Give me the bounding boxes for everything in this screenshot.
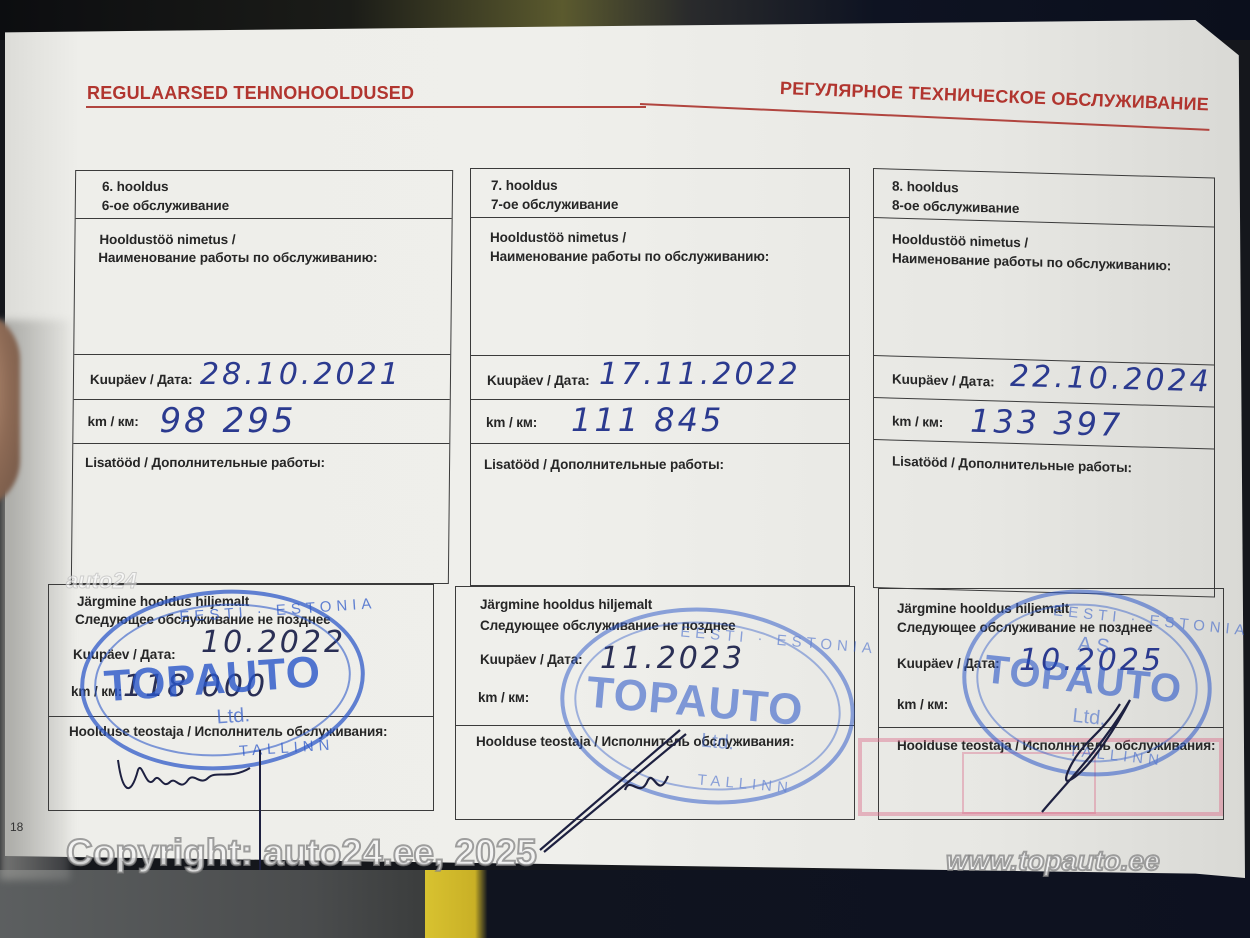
service-title-et: 7. hooldus	[491, 178, 558, 193]
service-title-ru: 6-ое обслуживание	[102, 198, 229, 213]
service-km: 98 295	[159, 401, 296, 441]
extra-work-label: Lisatööd / Дополнительные работы:	[85, 455, 325, 470]
date-label: Kuupäev / Дата:	[487, 373, 590, 388]
extra-work-label: Lisatööd / Дополнительные работы:	[892, 454, 1132, 476]
km-label: km / км:	[892, 414, 943, 430]
signature-7	[530, 720, 710, 860]
service-title-et: 6. hooldus	[102, 179, 169, 194]
km-label: km / км:	[87, 414, 138, 429]
next-service-label-et: Järgmine hooldus hiljemalt	[480, 597, 652, 612]
service-km: 111 845	[571, 401, 724, 439]
service-title-et: 8. hooldus	[892, 179, 959, 196]
work-name-label-et: Hooldustöö nimetus /	[490, 230, 626, 245]
work-name-label-et: Hooldustöö nimetus /	[892, 232, 1028, 251]
service-title-ru: 7-ое обслуживание	[491, 197, 618, 212]
background-bottom	[0, 870, 1250, 938]
work-name-label-et: Hooldustöö nimetus /	[99, 232, 235, 247]
work-name-label-ru: Наименование работы по обслуживанию:	[490, 249, 769, 264]
service-title-ru: 8-ое обслуживание	[892, 198, 1019, 217]
next-date-label: Kuupäev / Дата:	[480, 652, 583, 667]
service-date: 17.11.2022	[599, 357, 801, 392]
watermark-small: auto24	[66, 568, 137, 594]
heading-rule-left	[86, 106, 646, 108]
signature-8	[1030, 690, 1150, 820]
date-label: Kuupäev / Дата:	[892, 372, 995, 390]
service-km: 133 397	[970, 402, 1123, 444]
work-name-label-ru: Наименование работы по обслуживанию:	[892, 251, 1171, 274]
site-watermark: www.topauto.ee	[946, 845, 1160, 877]
stamp-city: TALLINN	[697, 771, 794, 796]
service-date: 22.10.2024	[1010, 359, 1212, 400]
next-km-label: km / км:	[478, 690, 529, 705]
extra-work-label: Lisatööd / Дополнительные работы:	[484, 457, 724, 472]
service-card-7: 7. hooldus 7-ое обслуживание Hooldustöö …	[470, 168, 850, 586]
page-number: 18	[10, 820, 23, 834]
service-card-6: 6. hooldus 6-ое обслуживание Hooldustöö …	[71, 170, 453, 584]
work-name-label-ru: Наименование работы по обслуживанию:	[98, 250, 377, 265]
heading-estonian: REGULAARSED TEHNOHOOLDUSED	[87, 83, 414, 104]
date-label: Kuupäev / Дата:	[90, 372, 193, 387]
stamp-prefix: AS	[1077, 633, 1116, 660]
service-card-8: 8. hooldus 8-ое обслуживание Hooldustöö …	[873, 168, 1215, 598]
next-km-label: km / км:	[897, 697, 948, 712]
stamp-brand: TOPAUTO	[102, 647, 322, 712]
km-label: km / км:	[486, 415, 537, 430]
service-date: 28.10.2021	[200, 357, 402, 392]
copyright-watermark: Copyright: auto24.ee, 2025	[66, 832, 537, 874]
